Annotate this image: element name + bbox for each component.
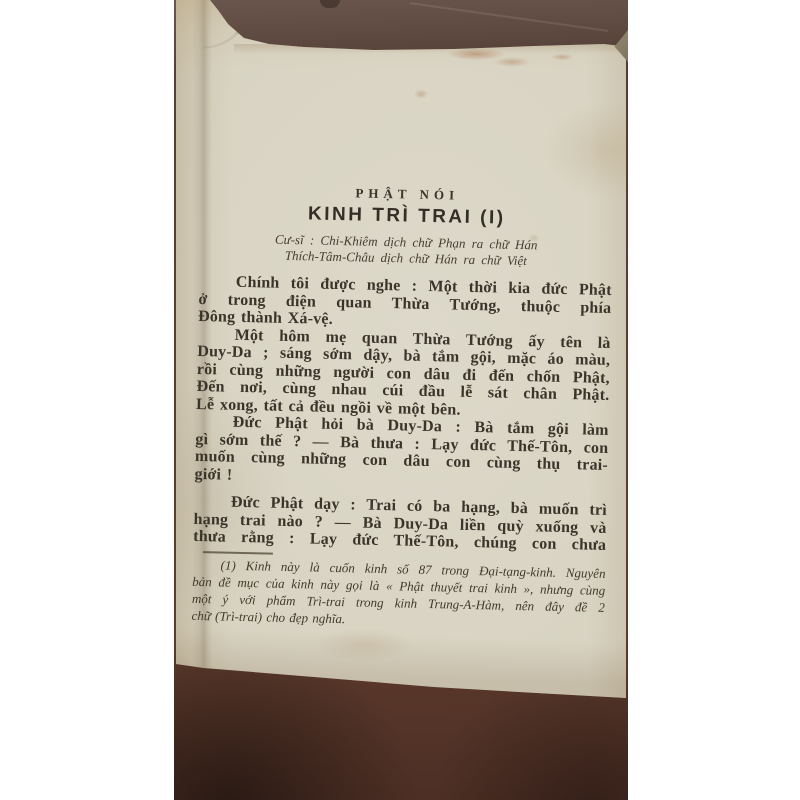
paragraph: Đức Phật hỏi bà Duy-Da : Bà tắm gội làmg… <box>194 413 608 492</box>
paragraph: Chính tôi được nghe : Một thời kia đức P… <box>198 273 612 334</box>
footnote-rule <box>203 551 273 555</box>
footnote: (1) Kinh này là cuốn kinh số 87 trong Đạ… <box>191 555 605 632</box>
translator-credits: Cư-sĩ : Chi-Khiêm dịch chữ Phạn ra chữ H… <box>199 230 613 271</box>
book-photo: PHẬT NÓI KINH TRÌ TRAI (I) Cư-sĩ : Chi-K… <box>174 0 628 800</box>
page-text: PHẬT NÓI KINH TRÌ TRAI (I) Cư-sĩ : Chi-K… <box>191 182 614 632</box>
paragraph: Đức Phật dạy : Trai có ba hạng, bà muốn … <box>193 493 607 554</box>
paragraph: Một hôm mẹ quan Thừa Tướng ấy tên làDuy-… <box>196 325 611 421</box>
body-text: Chính tôi được nghe : Một thời kia đức P… <box>193 273 612 554</box>
page-title: KINH TRÌ TRAI (I) <box>200 201 613 232</box>
